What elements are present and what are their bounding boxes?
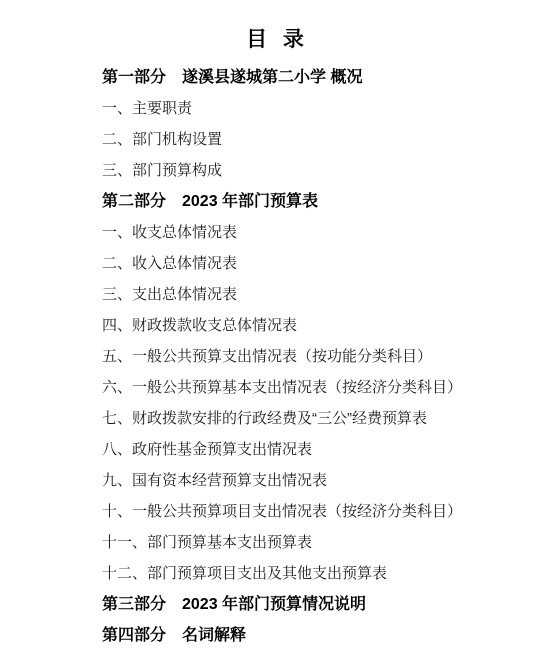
toc-entry: 三、部门预算构成: [102, 155, 531, 186]
toc-entry: 十二、部门预算项目支出及其他支出预算表: [102, 558, 531, 589]
toc-entry: 七、财政拨款安排的行政经费及“三公”经费预算表: [102, 403, 531, 434]
toc-list: 第一部分 遂溪县遂城第二小学 概况一、主要职责二、部门机构设置三、部门预算构成第…: [0, 62, 551, 651]
document-page: 目 录 第一部分 遂溪县遂城第二小学 概况一、主要职责二、部门机构设置三、部门预…: [0, 0, 551, 667]
toc-entry: 十一、部门预算基本支出预算表: [102, 527, 531, 558]
toc-part-heading: 第四部分 名词解释: [102, 620, 531, 651]
toc-entry: 九、国有资本经营预算支出情况表: [102, 465, 531, 496]
toc-part-heading: 第三部分 2023 年部门预算情况说明: [102, 589, 531, 620]
toc-entry: 五、一般公共预算支出情况表（按功能分类科目）: [102, 341, 531, 372]
toc-entry: 八、政府性基金预算支出情况表: [102, 434, 531, 465]
toc-entry: 一、收支总体情况表: [102, 217, 531, 248]
toc-entry: 二、部门机构设置: [102, 124, 531, 155]
toc-part-heading: 第一部分 遂溪县遂城第二小学 概况: [102, 62, 531, 93]
toc-entry: 一、主要职责: [102, 93, 531, 124]
toc-entry: 六、一般公共预算基本支出情况表（按经济分类科目）: [102, 372, 531, 403]
toc-entry: 二、收入总体情况表: [102, 248, 531, 279]
toc-entry: 四、财政拨款收支总体情况表: [102, 310, 531, 341]
page-title: 目 录: [0, 25, 551, 55]
toc-part-heading: 第二部分 2023 年部门预算表: [102, 186, 531, 217]
toc-entry: 十、一般公共预算项目支出情况表（按经济分类科目）: [102, 496, 531, 527]
toc-entry: 三、支出总体情况表: [102, 279, 531, 310]
